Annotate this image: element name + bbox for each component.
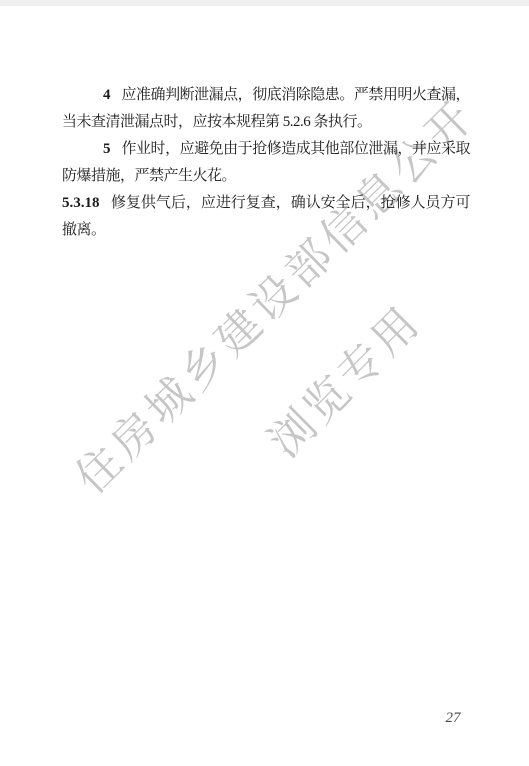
paragraph-text: 修复供气后，应进行复查，确认安全后，抢修人员方可撤离。 [62,195,470,238]
watermark-browse-only-text: 浏览专用 [262,299,429,466]
clause-number: 4 [103,87,111,103]
paragraph-text: 作业时，应避免由于抢修造成其他部位泄漏，并应采取防爆措施，严禁产生火花。 [62,141,470,184]
paragraph-text: 应准确判断泄漏点，彻底消除隐患。严禁用明火查漏，当未查清泄漏点时，应按本规程第 … [62,87,470,130]
paragraph-item-5: 5作业时，应避免由于抢修造成其他部位泄漏，并应采取防爆措施，严禁产生火花。 [62,136,470,190]
paragraph-item-4: 4应准确判断泄漏点，彻底消除隐患。严禁用明火查漏，当未查清泄漏点时，应按本规程第… [62,82,470,136]
clause-number: 5.3.18 [62,195,100,211]
paragraph-clause-5-3-18: 5.3.18修复供气后，应进行复查，确认安全后，抢修人员方可撤离。 [62,190,470,244]
clause-number: 5 [103,141,111,157]
document-page: { "page": { "background": "#ffffff", "nu… [0,0,529,766]
scan-edge-top [0,0,529,6]
page-number: 27 [438,710,468,727]
document-text-block: 4应准确判断泄漏点，彻底消除隐患。严禁用明火查漏，当未查清泄漏点时，应按本规程第… [62,82,470,244]
